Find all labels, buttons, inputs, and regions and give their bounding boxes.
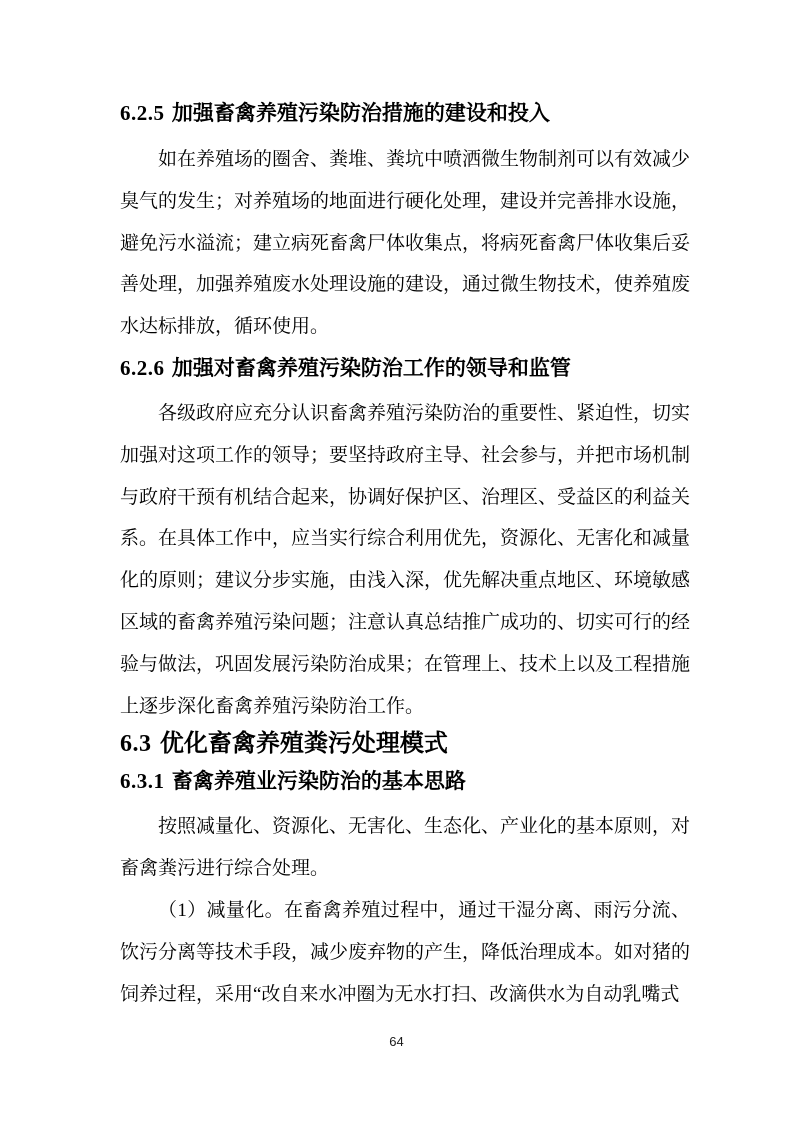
- paragraph-6-3-1-body-1: 按照减量化、资源化、无害化、生态化、产业化的基本原则，对畜禽粪污进行综合处理。: [120, 806, 690, 890]
- heading-number: 6.2.5: [120, 101, 165, 125]
- heading-6-3: 6.3优化畜禽养殖粪污处理模式: [120, 727, 690, 761]
- heading-number: 6.3.1: [120, 769, 165, 793]
- paragraph-6-3-1-body-2: （1）减量化。在畜禽养殖过程中，通过干湿分离、雨污分流、饮污分离等技术手段，减少…: [120, 890, 690, 1015]
- page-number: 64: [0, 1034, 793, 1049]
- heading-6-2-5: 6.2.5加强畜禽养殖污染防治措施的建设和投入: [120, 100, 690, 127]
- heading-title: 加强畜禽养殖污染防治措施的建设和投入: [172, 101, 550, 125]
- heading-6-2-6: 6.2.6加强对畜禽养殖污染防治工作的领导和监管: [120, 355, 690, 382]
- document-page: { "content": { "section_625": { "number"…: [0, 0, 793, 1122]
- heading-6-3-1: 6.3.1畜禽养殖业污染防治的基本思路: [120, 768, 690, 795]
- heading-title: 畜禽养殖业污染防治的基本思路: [172, 769, 466, 793]
- paragraph-6-2-6-body: 各级政府应充分认识畜禽养殖污染防治的重要性、紧迫性，切实加强对这项工作的领导；要…: [120, 393, 690, 727]
- page-content: 6.2.5加强畜禽养殖污染防治措施的建设和投入 如在养殖场的圈舍、粪堆、粪坑中喷…: [120, 100, 690, 1015]
- heading-title: 优化畜禽养殖粪污处理模式: [160, 731, 448, 757]
- heading-number: 6.3: [120, 731, 152, 757]
- paragraph-6-2-5-body: 如在养殖场的圈舍、粪堆、粪坑中喷洒微生物制剂可以有效减少臭气的发生；对养殖场的地…: [120, 139, 690, 348]
- heading-number: 6.2.6: [120, 356, 165, 380]
- heading-title: 加强对畜禽养殖污染防治工作的领导和监管: [172, 356, 571, 380]
